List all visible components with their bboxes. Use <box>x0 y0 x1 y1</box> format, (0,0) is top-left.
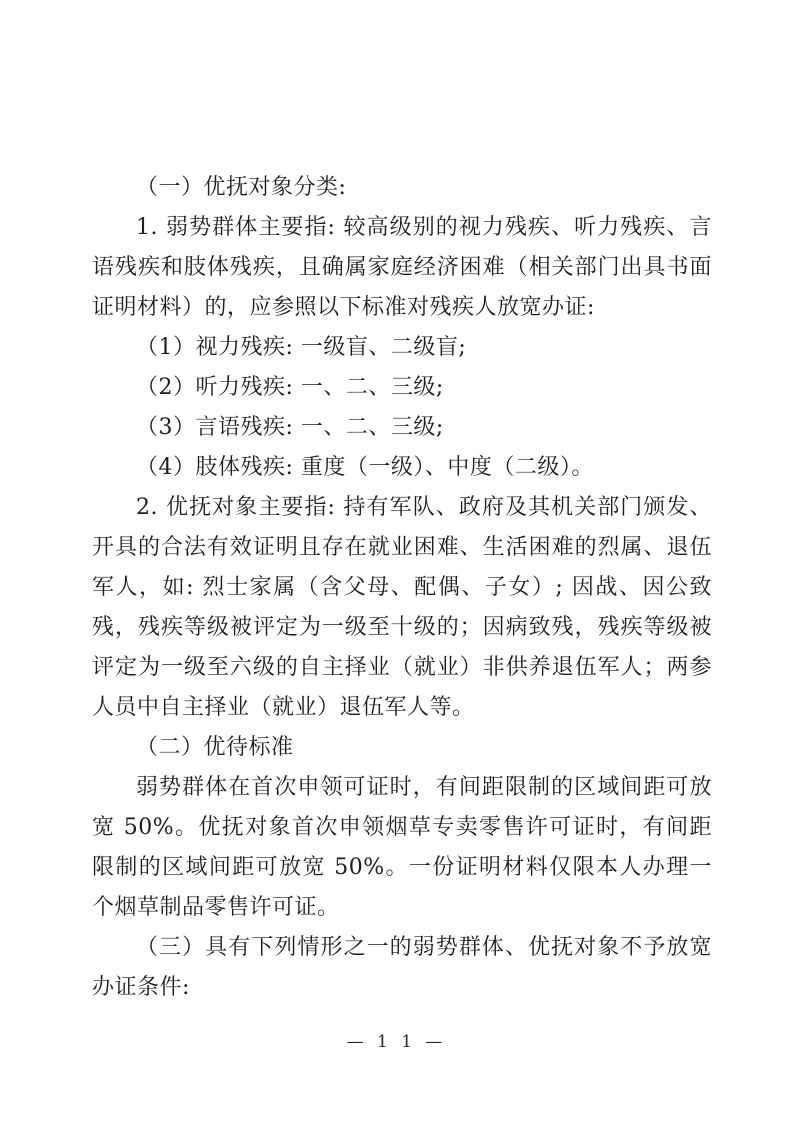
document-page: （一）优抚对象分类: 1. 弱势群体主要指: 较高级别的视力残疾、听力残疾、言语… <box>0 0 793 1122</box>
paragraph-section-2-body: 弱势群体在首次申领可证时，有间距限制的区域间距可放宽 50%。优抚对象首次申领烟… <box>92 768 712 928</box>
paragraph-subitem-2: （2）听力残疾: 一、二、三级; <box>92 368 712 408</box>
paragraph-item-1: 1. 弱势群体主要指: 较高级别的视力残疾、听力残疾、言语残疾和肢体残疾，且确属… <box>92 208 712 328</box>
paragraph-section-2-heading: （二）优待标准 <box>92 728 712 768</box>
paragraph-item-2: 2. 优抚对象主要指: 持有军队、政府及其机关部门颁发、开具的合法有效证明且存在… <box>92 488 712 728</box>
paragraph-subitem-4: （4）肢体残疾: 重度（一级）、中度（二级）。 <box>92 448 712 488</box>
page-number: — 1 1 — <box>0 1032 793 1052</box>
paragraph-subitem-3: （3）言语残疾: 一、二、三级; <box>92 408 712 448</box>
paragraph-section-1-heading: （一）优抚对象分类: <box>92 168 712 208</box>
document-body: （一）优抚对象分类: 1. 弱势群体主要指: 较高级别的视力残疾、听力残疾、言语… <box>92 168 712 1008</box>
paragraph-section-3-heading: （三）具有下列情形之一的弱势群体、优抚对象不予放宽办证条件: <box>92 928 712 1008</box>
paragraph-subitem-1: （1）视力残疾: 一级盲、二级盲; <box>92 328 712 368</box>
